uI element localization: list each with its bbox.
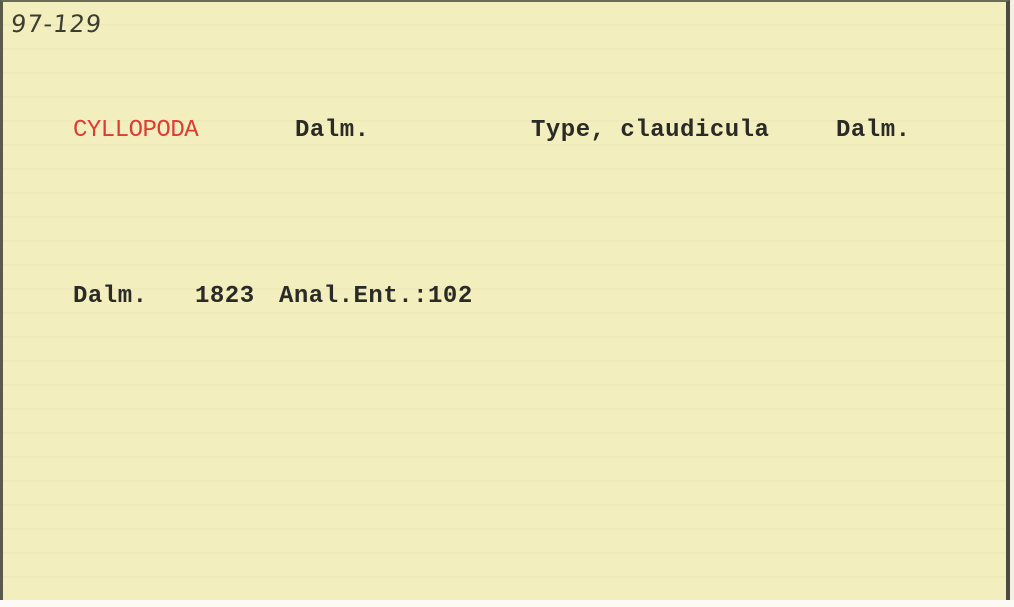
citation-reference: Anal.Ent.:102 (279, 283, 473, 310)
genus-name: CYLLOPODA (73, 117, 198, 144)
type-species: Type, claudicula (531, 117, 769, 144)
citation-author: Dalm. (73, 283, 148, 310)
scan-margin (0, 600, 1014, 607)
accession-number: 97-129 (10, 10, 104, 38)
genus-author: Dalm. (295, 117, 370, 144)
index-card: 97-129 CYLLOPODA Dalm. Type, claudicula … (0, 0, 1010, 600)
type-species-author: Dalm. (836, 117, 911, 144)
citation-year: 1823 (195, 283, 255, 310)
